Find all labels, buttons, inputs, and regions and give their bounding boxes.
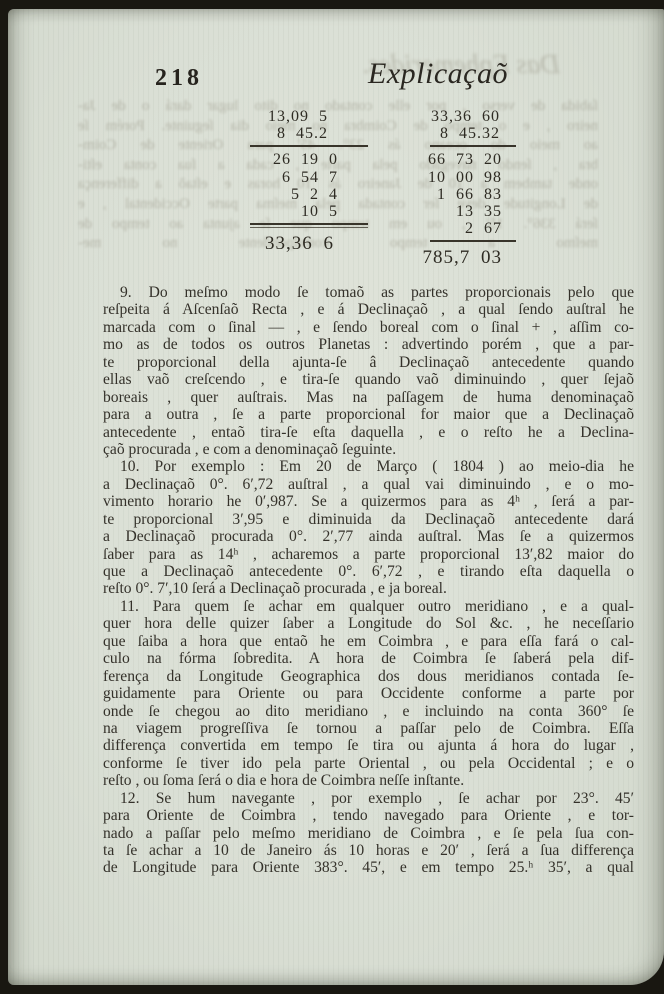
calc-partial: 10 5 bbox=[210, 203, 368, 220]
calc-right-operands: 33,36 608 45.32 bbox=[408, 108, 516, 142]
calc-partial: 2 67 bbox=[408, 220, 516, 237]
text-line: ellas vaõ creſcendo , e tira-ſe quando v… bbox=[103, 371, 634, 388]
book-page: Das Ephemerides. ſabida de verso , por e… bbox=[8, 9, 664, 985]
calc-operand: 8 45.32 bbox=[408, 125, 516, 142]
text-line: a Declinaçaõ procurada 0°. 2′,77 ainda a… bbox=[103, 528, 634, 545]
calc-operand: 8 45.2 bbox=[210, 125, 368, 142]
text-line: 12. Se hum navegante , por exemplo , ſe … bbox=[103, 790, 634, 807]
photo-frame: Das Ephemerides. ſabida de verso , por e… bbox=[0, 0, 664, 994]
text-line: ta ſe achar a 10 de Janeiro ás 10 horas … bbox=[103, 842, 634, 859]
text-line: differença convertida em tempo ſe tira o… bbox=[103, 737, 634, 754]
text-line: te proporcional della ajunta-ſe â Declin… bbox=[103, 354, 634, 371]
text-line: mo as de todos os outros Planetas : adve… bbox=[103, 336, 634, 353]
text-line: conforme ſe tiver ido pela parte Orienta… bbox=[103, 755, 634, 772]
calc-left-partials: 26 19 06 54 75 2 410 5 bbox=[210, 151, 368, 220]
text-line: culo na fórma ſobredita. A hora de Coimb… bbox=[103, 650, 634, 667]
text-line: antecedente , entaõ tira-ſe eſta daquell… bbox=[103, 424, 634, 441]
body-text: 9. Do meſmo modo ſe tomaõ as partes prop… bbox=[103, 284, 634, 877]
page-number: 218 bbox=[155, 65, 203, 92]
text-line: reſto 0°. 7′,10 ſerá a Declinaçaõ procur… bbox=[103, 580, 634, 597]
calc-partial: 13 35 bbox=[408, 203, 516, 220]
calc-partial: 5 2 4 bbox=[210, 186, 368, 203]
calculation-left: 13,09 58 45.2 26 19 06 54 75 2 410 5 33,… bbox=[210, 108, 368, 252]
text-line: ferença da Longitude Geographica dos dou… bbox=[103, 668, 634, 685]
calc-partial: 6 54 7 bbox=[210, 169, 368, 186]
calc-left-total: 33,36 6 bbox=[210, 232, 368, 252]
calc-partial: 1 66 83 bbox=[408, 186, 516, 203]
calc-left-operands: 13,09 58 45.2 bbox=[210, 108, 368, 142]
text-line: reſto , ou ſoma ſerá o dia e hora de Coi… bbox=[103, 772, 634, 789]
text-line: marcada com o ſinal — , e ſendo boreal c… bbox=[103, 319, 634, 336]
text-line: çaõ procurada , e com a denominaçaõ ſegu… bbox=[103, 441, 634, 458]
text-line: nado a paſſar pelo meſmo meridiano de Co… bbox=[103, 825, 634, 842]
calc-rule bbox=[250, 145, 368, 147]
text-line: quer hora delle quizer ſaber a Longitude… bbox=[103, 615, 634, 632]
calculation-right: 33,36 608 45.32 66 73 2010 00 981 66 831… bbox=[408, 108, 516, 267]
text-line: boreais , quer auſtrais. Mas na paſſagem… bbox=[103, 389, 634, 406]
text-line: que a Declinaçaõ antecedente 0°. 6′,72 ,… bbox=[103, 563, 634, 580]
calc-right-partials: 66 73 2010 00 981 66 8313 352 67 bbox=[408, 151, 516, 237]
text-line: guidamente para Oriente ou para Occident… bbox=[103, 685, 634, 702]
calc-partial: 10 00 98 bbox=[408, 169, 516, 186]
text-line: vimento horario he 0′,987. Se a quizermo… bbox=[103, 493, 634, 510]
text-line: a Declinaçaõ 0°. 6′,72 auſtral , a qual … bbox=[103, 476, 634, 493]
calc-right-total: 785,7 03 bbox=[408, 246, 516, 266]
text-line: 9. Do meſmo modo ſe tomaõ as partes prop… bbox=[103, 284, 634, 301]
text-line: para Oriente de Coimbra , tendo navegado… bbox=[103, 807, 634, 824]
text-line: de Longitude para Oriente 383°. 45′, e e… bbox=[103, 859, 634, 876]
running-title: Explicaçaõ bbox=[338, 57, 538, 91]
text-line: onde ſe chegou ao dito meridiano , e inc… bbox=[103, 703, 634, 720]
calc-rule bbox=[250, 223, 368, 228]
text-line: te proporcional 3′,95 e diminuida da Dec… bbox=[103, 511, 634, 528]
text-line: para a outra , ſe a parte proporcional f… bbox=[103, 406, 634, 423]
text-line: 10. Por exemplo : Em 20 de Março ( 1804 … bbox=[103, 458, 634, 475]
calc-rule bbox=[430, 240, 516, 242]
text-line: 11. Para quem ſe achar em qualquer outro… bbox=[103, 598, 634, 615]
text-line: na viagem progreſſiva ſe tornou a paſſar… bbox=[103, 720, 634, 737]
calc-operand: 33,36 60 bbox=[408, 108, 516, 125]
calc-operand: 13,09 5 bbox=[210, 108, 368, 125]
calc-partial: 26 19 0 bbox=[210, 151, 368, 168]
text-line: reſpeita á Aſcenſaõ Recta , e á Declinaç… bbox=[103, 301, 634, 318]
text-line: ſaber para as 14ʰ , acharemos a parte pr… bbox=[103, 546, 634, 563]
calc-rule bbox=[430, 145, 516, 147]
calc-partial: 66 73 20 bbox=[408, 151, 516, 168]
text-line: que ſaiba a hora que entaõ he em Coimbra… bbox=[103, 633, 634, 650]
